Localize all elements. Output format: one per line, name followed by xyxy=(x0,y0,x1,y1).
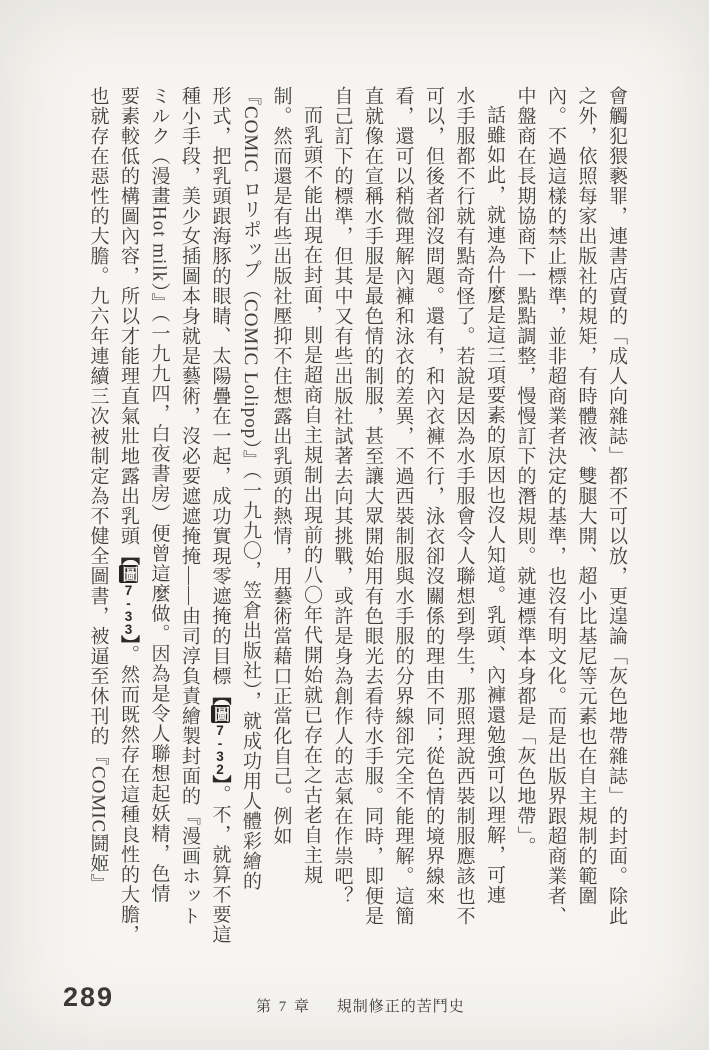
bracket-close: 】 xyxy=(118,635,139,645)
text-column: 形式，把乳頭跟海豚的眼睛、太陽疊在一起，成功實現零遮掩的目標【圖7-32】。不，… xyxy=(204,86,235,924)
bracket-open: 【 xyxy=(118,546,139,565)
text-column: 制。然而還是有些出版社壓抑不住想露出乳頭的熱情，用藝術當藉口正當化自己。例如 xyxy=(265,86,296,924)
text-column: 話雖如此，就連為什麼是這三項要素的原因也沒人知道。乳頭、內褲還勉強可以理解，可連 xyxy=(479,86,510,924)
text-column: 之外，依照每家出版社的規矩，有時體液、雙腿大開、超小比基尼等元素也在自主規制的範… xyxy=(570,86,601,924)
text-column: 內。不過這樣的禁止標準，並非超商業者決定的基準，也沒有明文化。而是出版界跟超商業… xyxy=(540,86,571,924)
text-column: 而乳頭不能出現在封面，則是超商自主規制出現前的八〇年代開始就已存在之古老自主規 xyxy=(296,86,327,924)
text-column: 會觸犯猥褻罪，連書店賣的「成人向雜誌」都不可以放，更遑論「灰色地帶雜誌」的封面。… xyxy=(601,86,632,924)
chapter-label: 第 7 章 xyxy=(256,999,311,1015)
text-block: 會觸犯猥褻罪，連書店賣的「成人向雜誌」都不可以放，更遑論「灰色地帶雜誌」的封面。… xyxy=(82,86,631,924)
chapter-title: 規制修正的苦鬥史 xyxy=(337,999,465,1015)
figure-label-box: 圖 xyxy=(119,565,138,583)
figure-label-box: 圖 xyxy=(211,705,230,723)
text-column: 要素較低的構圖內容，所以才能理直氣壯地露出乳頭【圖7-33】。然而既然存在這種良… xyxy=(113,86,144,924)
text-column: 直就像在宣稱水手服是最色情的制服，甚至讓大眾開始用有色眼光去看待水手服。同時，即… xyxy=(357,86,388,924)
page-number: 289 xyxy=(63,982,114,1013)
bracket-close: 】 xyxy=(210,775,231,785)
text-column: 可以，但後者卻沒問題。還有，和內衣褲不行，泳衣卻沒關係的理由不同；從色情的境界線… xyxy=(418,86,449,924)
figure-reference: 【圖7-32】 xyxy=(210,686,231,785)
figure-number: 7-32 xyxy=(213,723,228,775)
text-column: 『COMIC ロリポップ（COMIC Lolipop）』（一九九〇，笠倉出版社）… xyxy=(235,86,266,924)
bracket-open: 【 xyxy=(210,686,231,705)
running-footer: 第 7 章 規制修正的苦鬥史 xyxy=(256,995,465,1016)
figure-number: 7-33 xyxy=(121,583,136,635)
text-column: ミルク（漫畫Hot milk）』（一九九四，白夜書房）便曾這麼做。因為是令人聯想… xyxy=(143,86,174,924)
text-column: 自己訂下的標準，但其中又有些出版社試著去向其挑戰，或許是身為創作人的志氣在作祟吧… xyxy=(326,86,357,924)
text-column: 也就存在惡性的大膽。九六年連續三次被制定為不健全圖書，被逼至休刊的『COMIC鬪… xyxy=(82,86,113,924)
text-column: 水手服都不行就有點奇怪了。若說是因為水手服會令人聯想到學生，那照理說西裝制服應該… xyxy=(448,86,479,924)
text-column: 種小手段，美少女插圖本身就是藝術，沒必要遮遮掩掩——由司淳負責繪製封面的『漫画ホ… xyxy=(174,86,205,924)
text-column: 中盤商在長期協商下一點點調整，慢慢訂下的潛規則。就連標準本身都是「灰色地帶」。 xyxy=(509,86,540,924)
text-column: 看，還可以稍微理解內褲和泳衣的差異，不過西裝制服與水手服的分界線卻完全不能理解。… xyxy=(387,86,418,924)
figure-reference: 【圖7-33】 xyxy=(118,546,139,645)
